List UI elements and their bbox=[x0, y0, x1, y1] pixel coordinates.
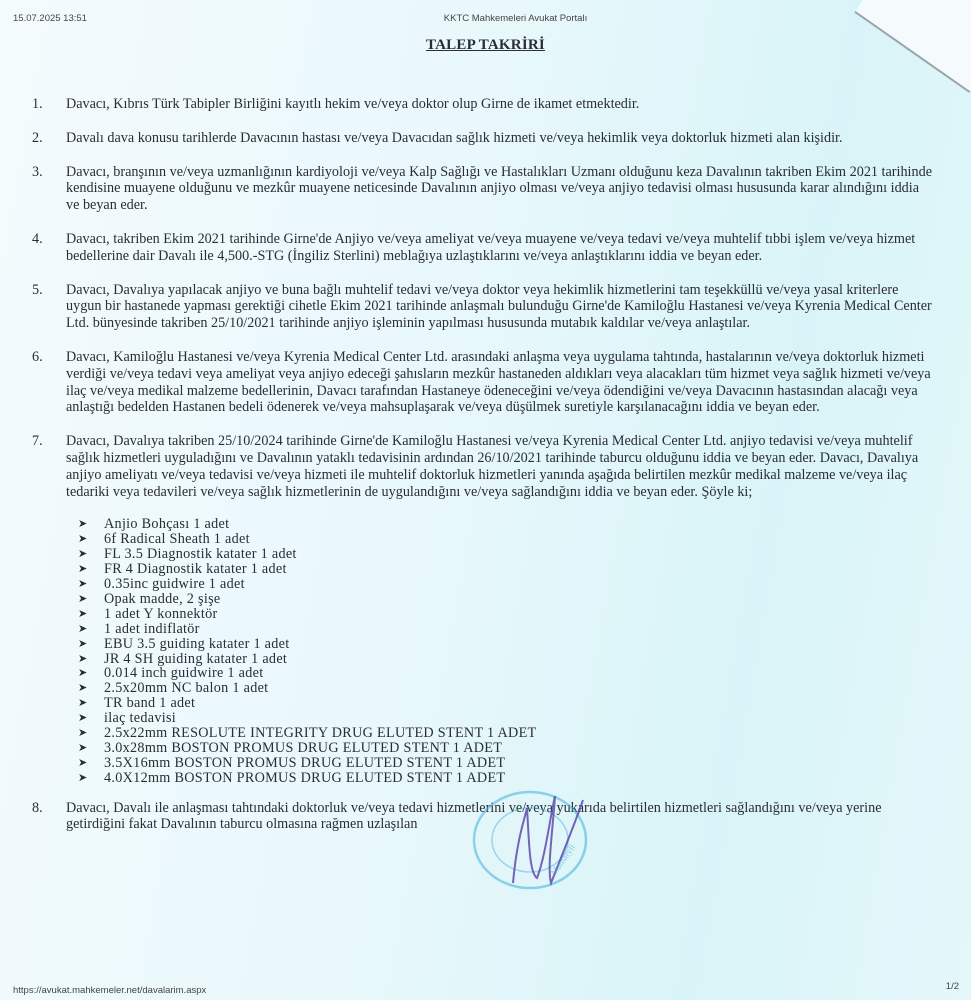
paragraph-1: 1.Davacı, Kıbrıs Türk Tabipler Birliğini… bbox=[32, 96, 932, 113]
list-item: ➤3.0x28mm BOSTON PROMUS DRUG ELUTED STEN… bbox=[78, 741, 932, 756]
list-item: ➤3.5X16mm BOSTON PROMUS DRUG ELUTED STEN… bbox=[78, 756, 932, 771]
paragraph-4: 4.Davacı, takriben Ekim 2021 tarihinde G… bbox=[32, 231, 932, 265]
item-text: JR 4 SH guiding katater 1 adet bbox=[104, 652, 287, 667]
paragraph-number: 1. bbox=[32, 96, 66, 113]
paragraph-8: 8. Davacı, Davalı ile anlaşması tahtında… bbox=[32, 800, 932, 834]
item-text: 1 adet indiflatör bbox=[104, 622, 200, 637]
arrow-bullet-icon: ➤ bbox=[78, 607, 104, 622]
document-title: TALEP TAKRİRİ bbox=[0, 37, 971, 54]
paragraph-number: 2. bbox=[32, 130, 66, 147]
arrow-bullet-icon: ➤ bbox=[78, 592, 104, 607]
item-text: 4.0X12mm BOSTON PROMUS DRUG ELUTED STENT… bbox=[104, 771, 505, 786]
page-url: https://avukat.mahkemeler.net/davalarim.… bbox=[13, 985, 206, 996]
item-text: 0.014 inch guidwire 1 adet bbox=[104, 666, 264, 681]
arrow-bullet-icon: ➤ bbox=[78, 666, 104, 681]
arrow-bullet-icon: ➤ bbox=[78, 562, 104, 577]
paragraph-text: Davacı, branşının ve/veya uzmanlığının k… bbox=[66, 164, 932, 214]
list-item: ➤ilaç tedavisi bbox=[78, 711, 932, 726]
list-item: ➤ JR 4 SH guiding katater 1 adet bbox=[78, 652, 932, 667]
paragraph-5: 5.Davacı, Davalıya yapılacak anjiyo ve b… bbox=[32, 282, 932, 332]
paragraph-text: Davacı, Kamiloğlu Hastanesi ve/veya Kyre… bbox=[66, 349, 932, 416]
item-text: FR 4 Diagnostik katater 1 adet bbox=[104, 562, 287, 577]
arrow-bullet-icon: ➤ bbox=[78, 711, 104, 726]
paragraph-number: 4. bbox=[32, 231, 66, 265]
item-text: 0.35inc guidwire 1 adet bbox=[104, 577, 245, 592]
item-text: ilaç tedavisi bbox=[104, 711, 176, 726]
paragraph-text: Davacı, Davalıya yapılacak anjiyo ve bun… bbox=[66, 282, 932, 332]
item-text: 2.5x22mm RESOLUTE INTEGRITY DRUG ELUTED … bbox=[104, 726, 537, 741]
item-text: EBU 3.5 guiding katater 1 adet bbox=[104, 637, 290, 652]
paragraph-2: 2.Davalı dava konusu tarihlerde Davacını… bbox=[32, 130, 932, 147]
list-item: ➤1 adet indiflatör bbox=[78, 622, 932, 637]
item-text: FL 3.5 Diagnostik katater 1 adet bbox=[104, 547, 297, 562]
arrow-bullet-icon: ➤ bbox=[78, 637, 104, 652]
arrow-bullet-icon: ➤ bbox=[78, 771, 104, 786]
item-text: 6f Radical Sheath 1 adet bbox=[104, 532, 250, 547]
list-item: ➤EBU 3.5 guiding katater 1 adet bbox=[78, 637, 932, 652]
list-item: ➤6f Radical Sheath 1 adet bbox=[78, 532, 932, 547]
arrow-bullet-icon: ➤ bbox=[78, 547, 104, 562]
arrow-bullet-icon: ➤ bbox=[78, 622, 104, 637]
arrow-bullet-icon: ➤ bbox=[78, 726, 104, 741]
supply-list: ➤Anjio Bohçası 1 adet➤6f Radical Sheath … bbox=[78, 517, 932, 785]
list-item: ➤1 adet Y konnektör bbox=[78, 607, 932, 622]
arrow-bullet-icon: ➤ bbox=[78, 741, 104, 756]
paragraph-text: Davacı, takriben Ekim 2021 tarihinde Gir… bbox=[66, 231, 932, 265]
paragraph-number: 8. bbox=[32, 800, 66, 834]
item-text: Opak madde, 2 şişe bbox=[104, 592, 221, 607]
list-item: ➤TR band 1 adet bbox=[78, 696, 932, 711]
list-item: ➤0.014 inch guidwire 1 adet bbox=[78, 666, 932, 681]
paragraph-number: 3. bbox=[32, 164, 66, 214]
list-item: ➤2.5x22mm RESOLUTE INTEGRITY DRUG ELUTED… bbox=[78, 726, 932, 741]
list-item: ➤2.5x20mm NC balon 1 adet bbox=[78, 681, 932, 696]
arrow-bullet-icon: ➤ bbox=[78, 681, 104, 696]
paragraph-number: 5. bbox=[32, 282, 66, 332]
page-number: 1/2 bbox=[946, 981, 959, 992]
paragraph-text: Davacı, Kıbrıs Türk Tabipler Birliğini k… bbox=[66, 96, 932, 113]
paragraph-number: 6. bbox=[32, 349, 66, 416]
paragraph-3: 3.Davacı, branşının ve/veya uzmanlığının… bbox=[32, 164, 932, 214]
arrow-bullet-icon: ➤ bbox=[78, 652, 104, 667]
arrow-bullet-icon: ➤ bbox=[78, 696, 104, 711]
portal-title: KKTC Mahkemeleri Avukat Portalı bbox=[0, 13, 971, 24]
list-item: ➤Anjio Bohçası 1 adet bbox=[78, 517, 932, 532]
list-item: ➤0.35inc guidwire 1 adet bbox=[78, 577, 932, 592]
list-item: ➤Opak madde, 2 şişe bbox=[78, 592, 932, 607]
item-text: 2.5x20mm NC balon 1 adet bbox=[104, 681, 268, 696]
arrow-bullet-icon: ➤ bbox=[78, 577, 104, 592]
item-text: TR band 1 adet bbox=[104, 696, 195, 711]
arrow-bullet-icon: ➤ bbox=[78, 756, 104, 771]
list-item: ➤FR 4 Diagnostik katater 1 adet bbox=[78, 562, 932, 577]
item-text: 3.0x28mm BOSTON PROMUS DRUG ELUTED STENT… bbox=[104, 741, 502, 756]
paragraph-text: Davacı, Davalıya takriben 25/10/2024 tar… bbox=[66, 433, 932, 500]
item-text: Anjio Bohçası 1 adet bbox=[104, 517, 229, 532]
paragraph-7: 7.Davacı, Davalıya takriben 25/10/2024 t… bbox=[32, 433, 932, 500]
item-text: 3.5X16mm BOSTON PROMUS DRUG ELUTED STENT… bbox=[104, 756, 505, 771]
item-text: 1 adet Y konnektör bbox=[104, 607, 217, 622]
document-body: 1.Davacı, Kıbrıs Türk Tabipler Birliğini… bbox=[32, 96, 932, 850]
list-item: ➤FL 3.5 Diagnostik katater 1 adet bbox=[78, 547, 932, 562]
arrow-bullet-icon: ➤ bbox=[78, 517, 104, 532]
paragraph-text: Davalı dava konusu tarihlerde Davacının … bbox=[66, 130, 932, 147]
paragraph-6: 6.Davacı, Kamiloğlu Hastanesi ve/veya Ky… bbox=[32, 349, 932, 416]
list-item: ➤4.0X12mm BOSTON PROMUS DRUG ELUTED STEN… bbox=[78, 771, 932, 786]
arrow-bullet-icon: ➤ bbox=[78, 532, 104, 547]
paragraph-number: 7. bbox=[32, 433, 66, 500]
paragraph-text: Davacı, Davalı ile anlaşması tahtındaki … bbox=[66, 800, 932, 834]
